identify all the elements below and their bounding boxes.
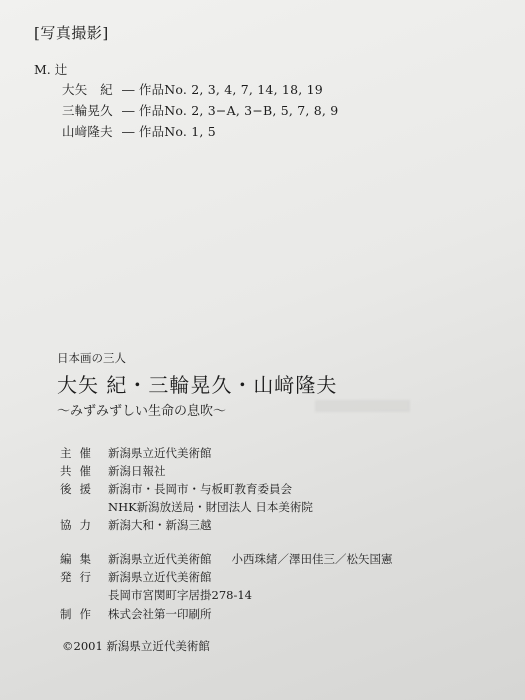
exhibition-title: 大矢 紀・三輪晃久・山﨑隆夫 <box>57 369 337 398</box>
credit-works: ― 作品No. 1, 5 <box>122 124 216 139</box>
row-label: 発行 <box>60 569 108 585</box>
credit-entry: 山﨑隆夫― 作品No. 1, 5 <box>62 122 216 140</box>
credit-works: ― 作品No. 2, 3−A, 3−B, 5, 7, 8, 9 <box>122 103 338 118</box>
copyright: ©2001 新潟県立近代美術館 <box>62 638 210 654</box>
row-label: 編集 <box>60 551 108 567</box>
row-value: 新潟県立近代美術館 <box>108 569 212 585</box>
row-value: 新潟県立近代美術館 <box>108 551 212 567</box>
row-value: NHK新潟放送局・財団法人 日本美術院 <box>108 499 313 515</box>
row-label: 主催 <box>60 445 108 461</box>
credit-entry: 三輪晃久― 作品No. 2, 3−A, 3−B, 5, 7, 8, 9 <box>62 101 338 119</box>
row-label: 共催 <box>60 463 108 479</box>
photo-credits-heading: [写真撮影] <box>34 22 109 43</box>
row-value: 新潟日報社 <box>108 463 166 479</box>
row-value: 新潟市・長岡市・与板町教育委員会 <box>108 481 292 497</box>
credit-artist: 山﨑隆夫 <box>62 122 122 140</box>
credit-works: ― 作品No. 2, 3, 4, 7, 14, 18, 19 <box>122 82 323 97</box>
credit-artist: 三輪晃久 <box>62 101 122 119</box>
organizer-row: 後援新潟市・長岡市・与板町教育委員会 <box>60 481 292 497</box>
exhibition-subtitle: 〜みずみずしい生命の息吹〜 <box>57 400 226 419</box>
organizer-row: 共催新潟日報社 <box>60 463 166 479</box>
organizer-row: 主催新潟県立近代美術館 <box>60 445 212 461</box>
row-value: 新潟県立近代美術館 <box>108 445 212 461</box>
row-value: 株式会社第一印刷所 <box>108 606 212 622</box>
publication-row: 編集新潟県立近代美術館小西珠緒／澤田佳三／松矢国憲 <box>60 551 393 567</box>
editors: 小西珠緒／澤田佳三／松矢国憲 <box>232 551 393 567</box>
publication-row: 発行新潟県立近代美術館 <box>60 569 212 585</box>
photographer-name: M. 辻 <box>34 60 67 78</box>
credit-entry: 大矢 紀― 作品No. 2, 3, 4, 7, 14, 18, 19 <box>62 80 323 98</box>
show-through-mark <box>315 400 410 412</box>
row-value: 長岡市宮関町字居掛278-14 <box>108 587 252 603</box>
row-label: 制作 <box>60 606 108 622</box>
organizer-row: NHK新潟放送局・財団法人 日本美術院 <box>60 499 313 515</box>
publication-row: 長岡市宮関町字居掛278-14 <box>60 587 252 603</box>
row-value: 新潟大和・新潟三越 <box>108 517 212 533</box>
exhibition-series: 日本画の三人 <box>57 350 126 366</box>
credit-artist: 大矢 紀 <box>62 80 122 98</box>
organizer-row: 協力新潟大和・新潟三越 <box>60 517 212 533</box>
publication-row: 制作株式会社第一印刷所 <box>60 606 212 622</box>
row-label: 後援 <box>60 481 108 497</box>
row-label: 協力 <box>60 517 108 533</box>
